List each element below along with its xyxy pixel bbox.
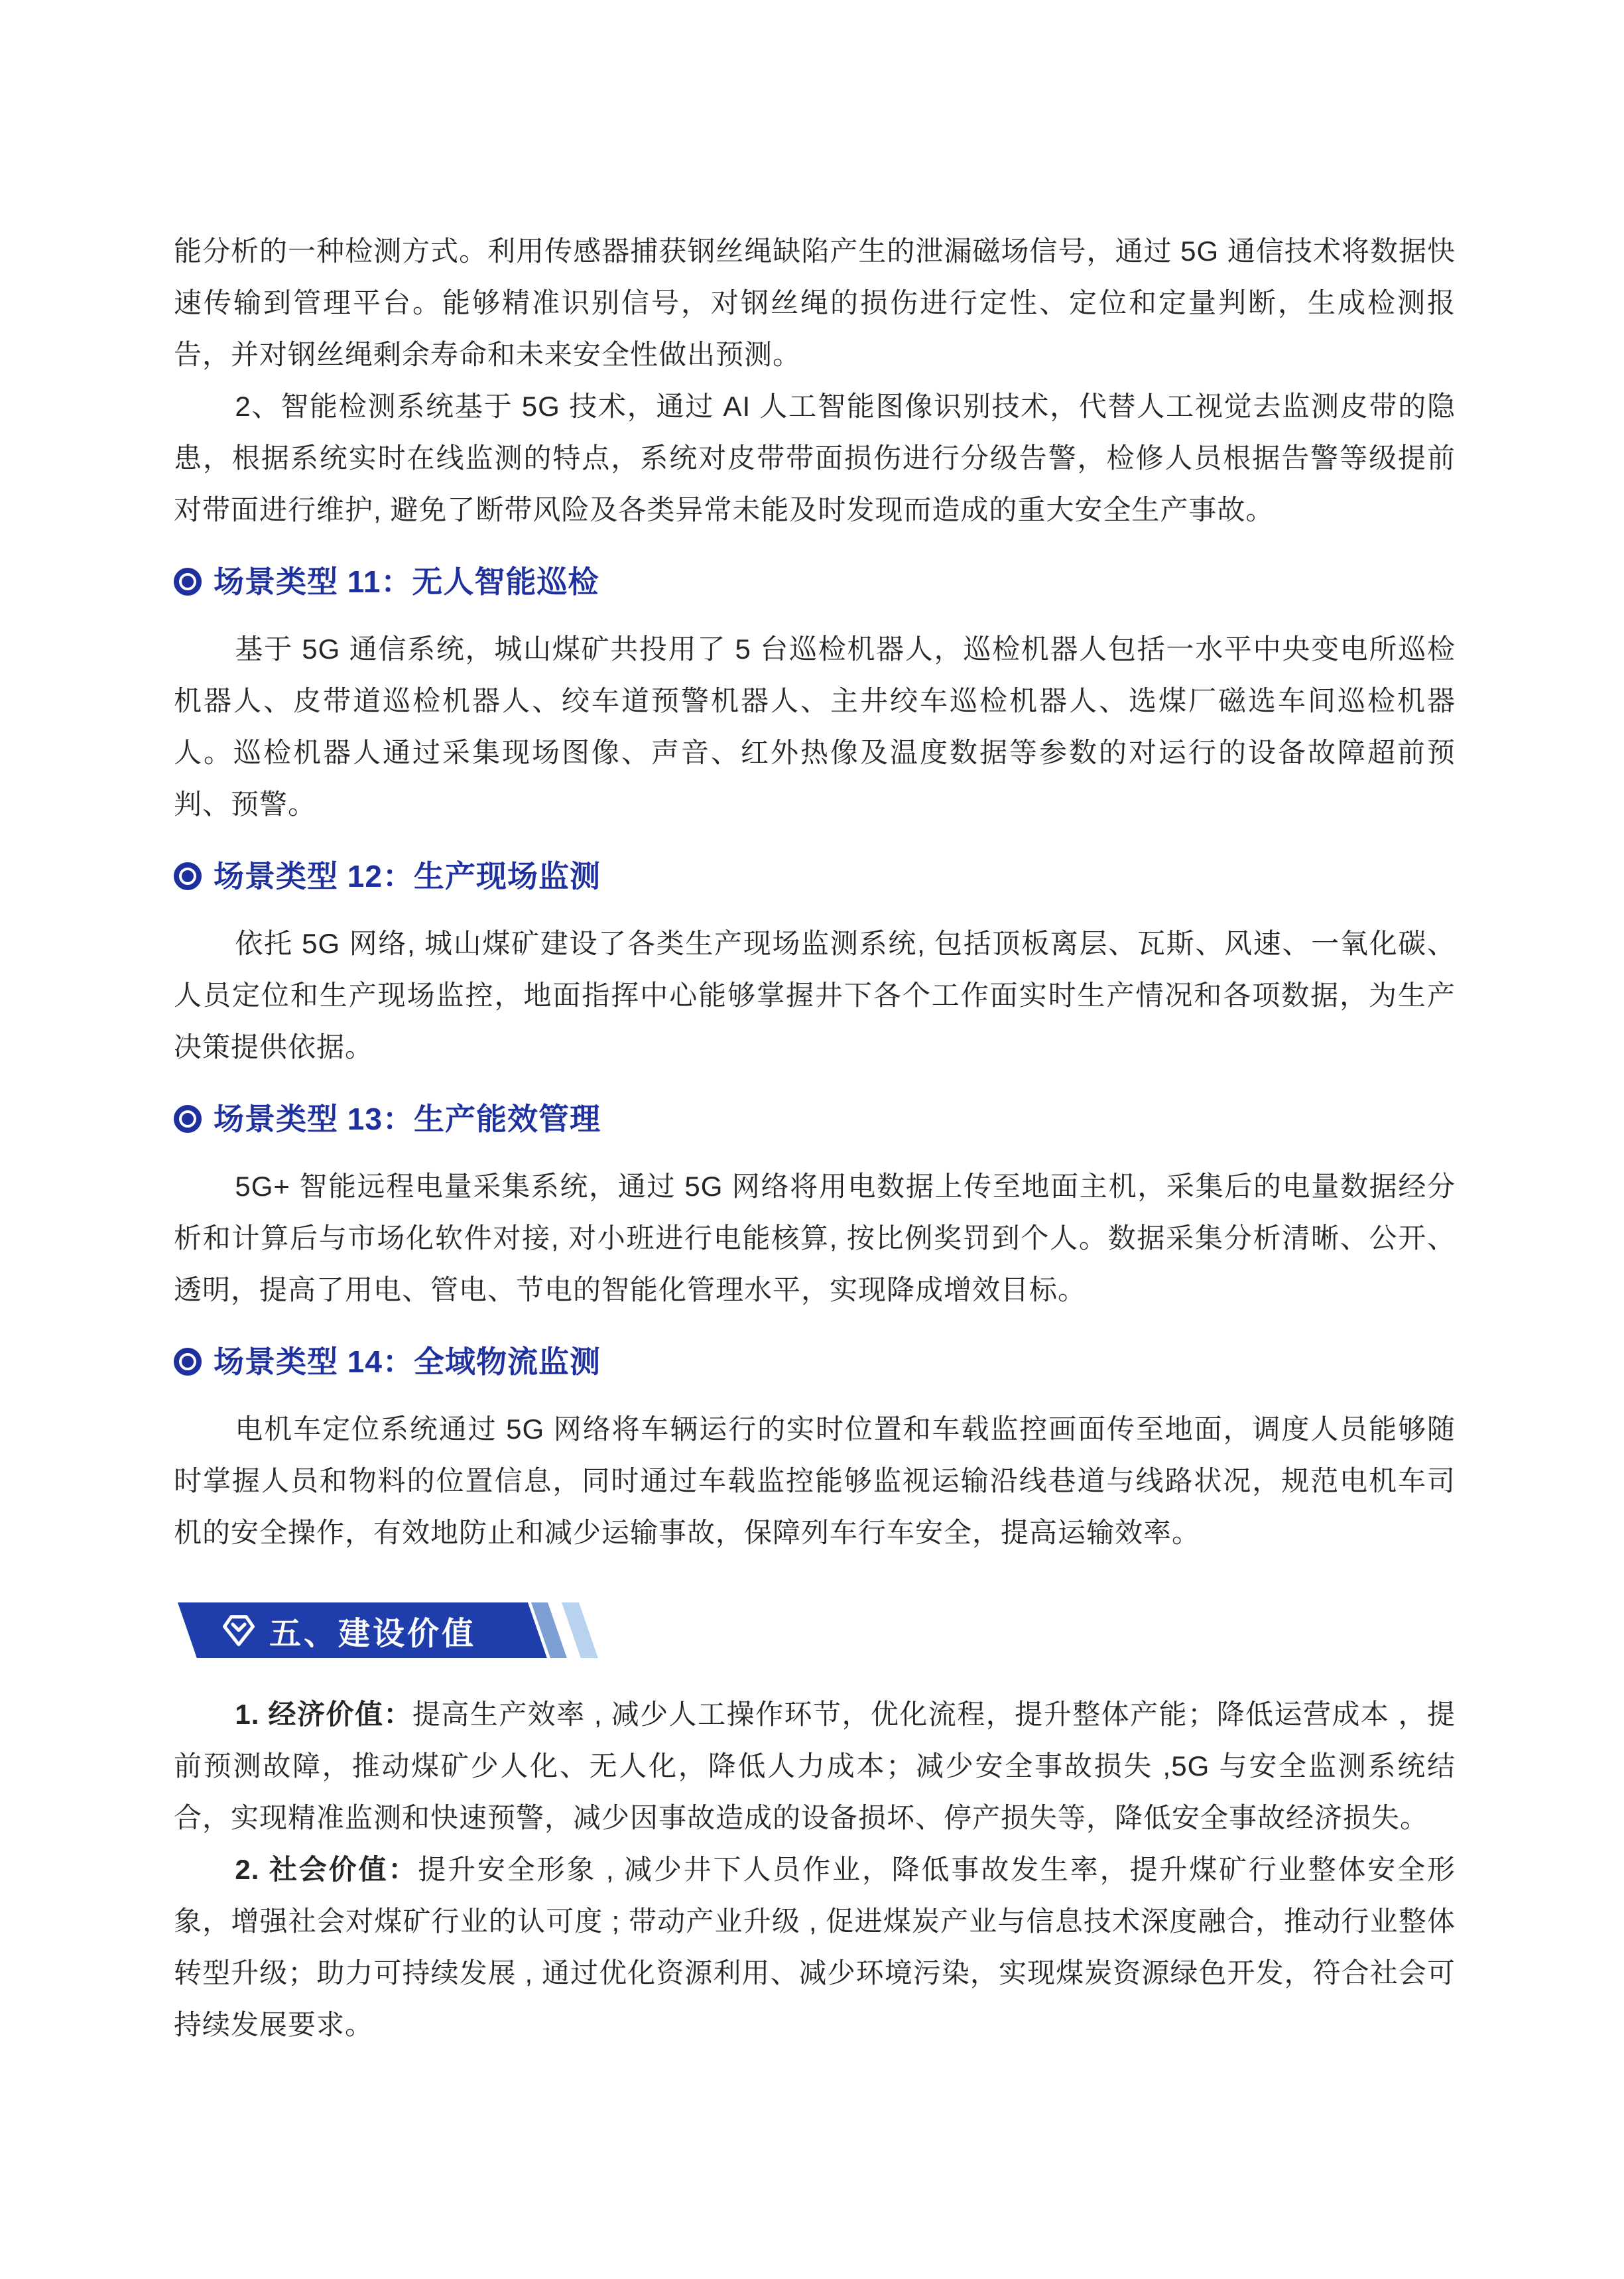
- paragraph-lead-bold: 2. 社会价值：: [235, 1854, 418, 1885]
- banner-content: 五、建设价值: [221, 1602, 476, 1658]
- gem-check-icon: [221, 1613, 256, 1648]
- body-paragraph: 电机车定位系统通过 5G 网络将车辆运行的实时位置和车载监控画面传至地面，调度人…: [174, 1403, 1456, 1559]
- banner-title: 五、建设价值: [269, 1608, 476, 1654]
- paragraph-lead-bold: 1. 经济价值：: [235, 1699, 412, 1730]
- document-page: 能分析的一种检测方式。利用传感器捕获钢丝绳缺陷产生的泄漏磁场信号，通过 5G 通…: [0, 0, 1624, 2279]
- heading-label: 场景类型 13：生产能效管理: [214, 1098, 601, 1139]
- paragraph-text: 能分析的一种检测方式。利用传感器捕获钢丝绳缺陷产生的泄漏磁场信号，通过 5G 通…: [174, 235, 1456, 370]
- body-paragraph: 2. 社会价值：提升安全形象 , 减少井下人员作业，降低事故发生率，提升煤矿行业…: [174, 1844, 1456, 2051]
- banner-stripe-light: [562, 1602, 598, 1658]
- body-paragraph: 2、智能检测系统基于 5G 技术，通过 AI 人工智能图像识别技术，代替人工视觉…: [174, 381, 1456, 536]
- section-banner: 五、建设价值: [174, 1602, 1456, 1658]
- bullseye-icon: [174, 1348, 202, 1376]
- scene-type-heading: 场景类型 12：生产现场监测: [174, 856, 1456, 897]
- body-paragraph: 1. 经济价值：提高生产效率 , 减少人工操作环节，优化流程，提升整体产能；降低…: [174, 1689, 1456, 1844]
- scene-type-heading: 场景类型 11：无人智能巡检: [174, 561, 1456, 602]
- body-paragraph: 基于 5G 通信系统，城山煤矿共投用了 5 台巡检机器人，巡检机器人包括一水平中…: [174, 623, 1456, 830]
- body-paragraph: 依托 5G 网络, 城山煤矿建设了各类生产现场监测系统, 包括顶板离层、瓦斯、风…: [174, 918, 1456, 1073]
- heading-label: 场景类型 14：全域物流监测: [214, 1341, 601, 1382]
- scene-type-heading: 场景类型 13：生产能效管理: [174, 1098, 1456, 1139]
- body-paragraph: 能分析的一种检测方式。利用传感器捕获钢丝绳缺陷产生的泄漏磁场信号，通过 5G 通…: [174, 226, 1456, 381]
- bullseye-icon: [174, 1105, 202, 1133]
- paragraph-text: 依托 5G 网络, 城山煤矿建设了各类生产现场监测系统, 包括顶板离层、瓦斯、风…: [174, 928, 1456, 1063]
- paragraph-text: 基于 5G 通信系统，城山煤矿共投用了 5 台巡检机器人，巡检机器人包括一水平中…: [174, 633, 1456, 820]
- heading-label: 场景类型 12：生产现场监测: [214, 856, 601, 897]
- body-paragraph: 5G+ 智能远程电量采集系统，通过 5G 网络将用电数据上传至地面主机，采集后的…: [174, 1161, 1456, 1316]
- paragraph-text: 5G+ 智能远程电量采集系统，通过 5G 网络将用电数据上传至地面主机，采集后的…: [174, 1171, 1456, 1305]
- paragraph-text: 电机车定位系统通过 5G 网络将车辆运行的实时位置和车载监控画面传至地面，调度人…: [174, 1413, 1456, 1548]
- bullseye-icon: [174, 862, 202, 890]
- paragraph-text: 2、智能检测系统基于 5G 技术，通过 AI 人工智能图像识别技术，代替人工视觉…: [174, 391, 1456, 525]
- scene-type-heading: 场景类型 14：全域物流监测: [174, 1341, 1456, 1382]
- bullseye-icon: [174, 568, 202, 596]
- document-body: 能分析的一种检测方式。利用传感器捕获钢丝绳缺陷产生的泄漏磁场信号，通过 5G 通…: [174, 226, 1456, 2051]
- heading-label: 场景类型 11：无人智能巡检: [214, 561, 599, 602]
